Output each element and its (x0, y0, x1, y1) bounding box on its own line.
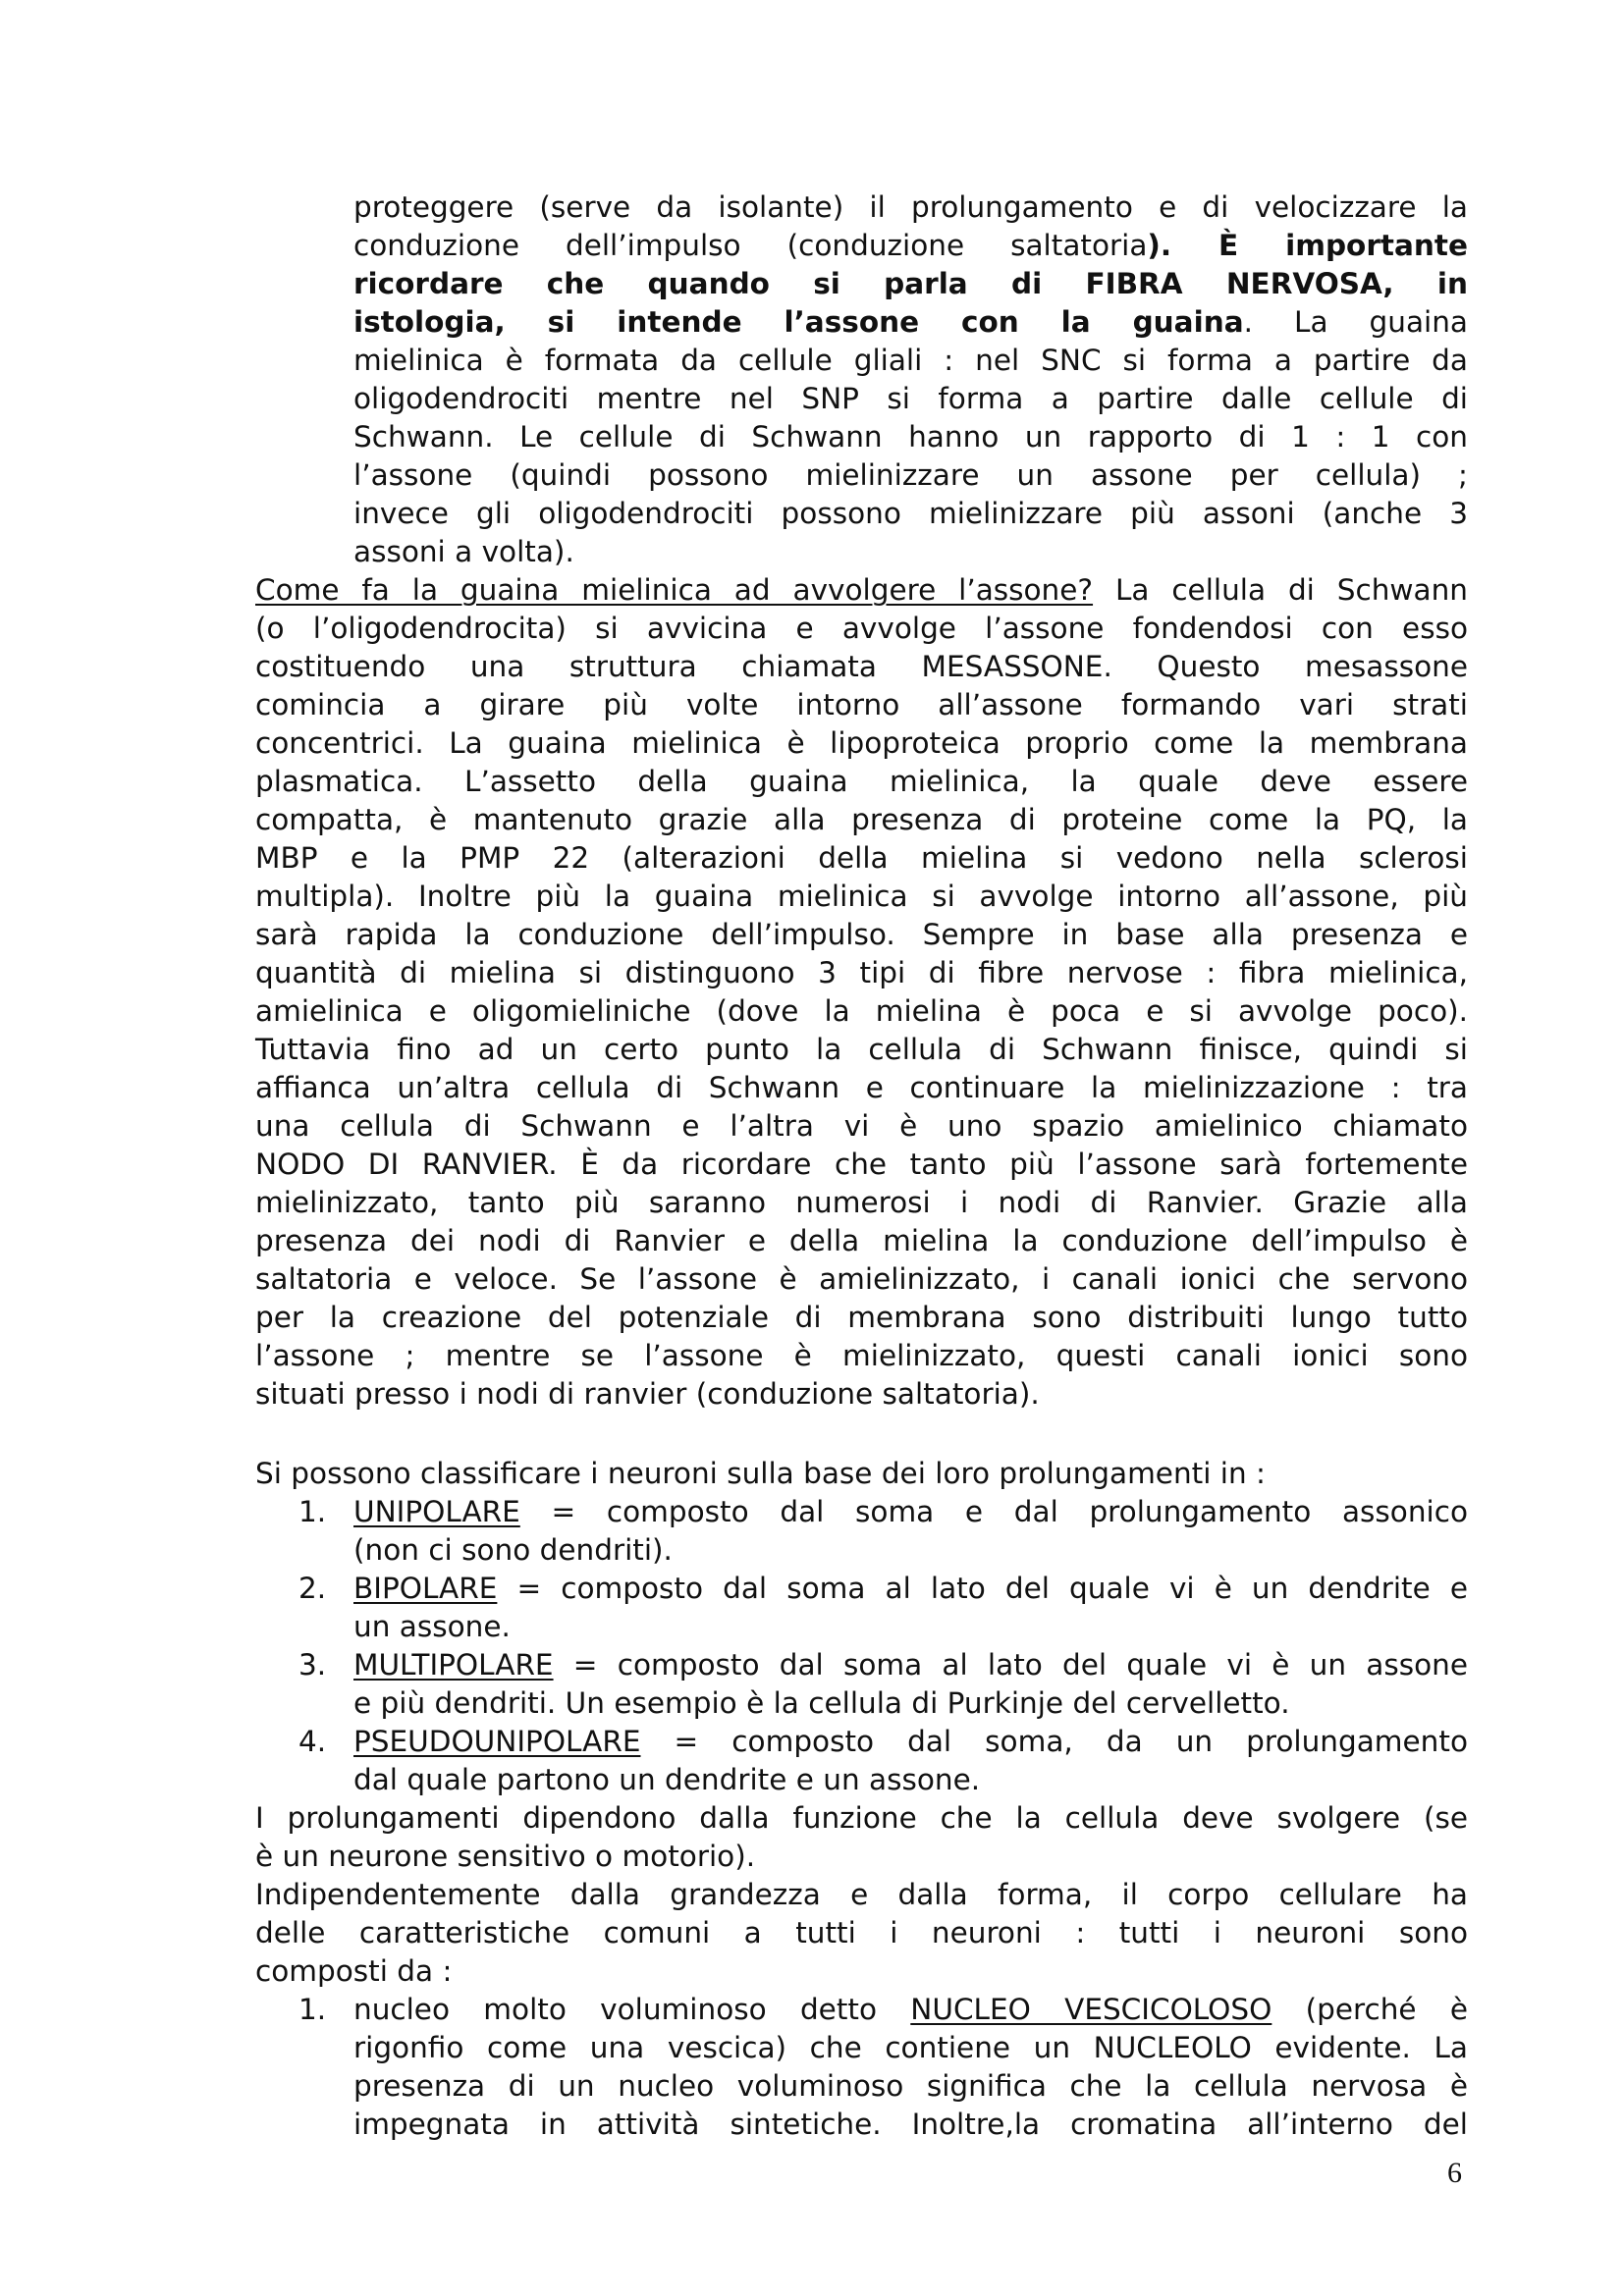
text-line: compatta, è mantenuto grazie alla presen… (255, 801, 1468, 839)
text-segment: I prolungamenti dipendono dalla funzione… (255, 1801, 1468, 1835)
text-segment: per la creazione del potenziale di membr… (255, 1301, 1468, 1334)
text-line: una cellula di Schwann e l’altra vi è un… (255, 1107, 1468, 1146)
text-segment: . La guaina (1244, 305, 1468, 339)
text-line: 3.MULTIPOLARE = composto dal soma al lat… (255, 1646, 1468, 1684)
list-number: 1. (298, 1991, 346, 2029)
text-line: sarà rapida la conduzione dell’impulso. … (255, 916, 1468, 954)
text-line: un assone. (255, 1608, 1468, 1646)
text-segment: quantità di mielina si distinguono 3 tip… (255, 956, 1468, 989)
list-item: 2.BIPOLARE = composto dal soma al lato d… (255, 1570, 1468, 1646)
text-segment: un assone. (353, 1610, 511, 1643)
document-page: proteggere (serve da isolante) il prolun… (0, 0, 1623, 2296)
underlined-term: Come fa la guaina mielinica ad avvolgere… (255, 573, 1093, 607)
text-segment: l’assone (quindi possono mielinizzare un… (353, 458, 1468, 492)
text-line: composti da : (255, 1952, 1468, 1991)
text-line: invece gli oligodendrociti possono mieli… (255, 495, 1468, 533)
function-paragraph: I prolungamenti dipendono dalla funzione… (255, 1799, 1468, 1876)
text-segment: Tuttavia fino ad un certo punto la cellu… (255, 1033, 1468, 1066)
text-line: saltatoria e veloce. Se l’assone è amiel… (255, 1260, 1468, 1299)
text-segment: = composto dal soma al lato del quale vi… (497, 1572, 1468, 1605)
text-line: istologia, si intende l’assone con la gu… (255, 303, 1468, 342)
text-segment: una cellula di Schwann e l’altra vi è un… (255, 1109, 1468, 1143)
text-line: (o l’oligodendrocita) si avvicina e avvo… (255, 610, 1468, 648)
underlined-term: NUCLEO VESCICOLOSO (910, 1993, 1271, 2026)
text-segment: è un neurone sensitivo o motorio). (255, 1840, 755, 1873)
text-line: affianca un’altra cellula di Schwann e c… (255, 1069, 1468, 1107)
text-line: e più dendriti. Un esempio è la cellula … (255, 1684, 1468, 1723)
text-segment: proteggere (serve da isolante) il prolun… (353, 190, 1468, 224)
text-segment: = composto dal soma al lato del quale vi… (554, 1648, 1468, 1682)
text-segment: costituendo una struttura chiamata MESAS… (255, 650, 1468, 683)
text-line: mielinica è formata da cellule gliali : … (255, 342, 1468, 380)
bold-text: ricordare che quando si parla di FIBRA N… (353, 267, 1468, 300)
page-number: 6 (1447, 2156, 1462, 2191)
text-line: è un neurone sensitivo o motorio). (255, 1838, 1468, 1876)
text-line: I prolungamenti dipendono dalla funzione… (255, 1799, 1468, 1838)
text-segment: compatta, è mantenuto grazie alla presen… (255, 803, 1468, 836)
text-line: l’assone ; mentre se l’assone è mieliniz… (255, 1337, 1468, 1375)
text-line: rigonfio come una vescica) che contiene … (255, 2029, 1468, 2067)
text-segment: comincia a girare più volte intorno all’… (255, 688, 1468, 721)
text-segment: l’assone ; mentre se l’assone è mieliniz… (255, 1339, 1468, 1372)
myelin-paragraph: Come fa la guaina mielinica ad avvolgere… (255, 571, 1468, 1414)
bold-text: istologia, si intende l’assone con la gu… (353, 305, 1244, 339)
continued-paragraph: proteggere (serve da isolante) il prolun… (255, 188, 1468, 571)
text-line: per la creazione del potenziale di membr… (255, 1299, 1468, 1337)
text-line: 1.UNIPOLARE = composto dal soma e dal pr… (255, 1493, 1468, 1531)
classification-intro: Si possono classificare i neuroni sulla … (255, 1455, 1468, 1493)
text-segment: (perché è (1271, 1993, 1468, 2026)
text-segment: Indipendentemente dalla grandezza e dall… (255, 1878, 1468, 1911)
text-segment: sarà rapida la conduzione dell’impulso. … (255, 918, 1468, 951)
text-line: multipla). Inoltre più la guaina mielini… (255, 878, 1468, 916)
list-item: 1.nucleo molto voluminoso detto NUCLEO V… (255, 1991, 1468, 2144)
common-features-intro: Indipendentemente dalla grandezza e dall… (255, 1876, 1468, 1991)
text-line: situati presso i nodi di ranvier (conduz… (255, 1375, 1468, 1414)
text-line: delle caratteristiche comuni a tutti i n… (255, 1914, 1468, 1952)
text-segment: presenza dei nodi di Ranvier e della mie… (255, 1224, 1468, 1257)
text-line: concentrici. La guaina mielinica è lipop… (255, 724, 1468, 763)
text-segment: nucleo molto voluminoso detto (353, 1993, 910, 2026)
text-line: costituendo una struttura chiamata MESAS… (255, 648, 1468, 686)
text-segment: (non ci sono dendriti). (353, 1533, 673, 1567)
text-segment: NODO DI RANVIER. È da ricordare che tant… (255, 1148, 1468, 1181)
list-item: 3.MULTIPOLARE = composto dal soma al lat… (255, 1646, 1468, 1723)
text-segment: amielinica e oligomieliniche (dove la mi… (255, 994, 1468, 1028)
text-line: assoni a volta). (255, 533, 1468, 571)
text-segment: oligodendrociti mentre nel SNP si forma … (353, 382, 1468, 415)
text-segment: impegnata in attività sintetiche. Inoltr… (353, 2108, 1468, 2141)
list-item: 4.PSEUDOUNIPOLARE = composto dal soma, d… (255, 1723, 1468, 1799)
text-line: quantità di mielina si distinguono 3 tip… (255, 954, 1468, 992)
text-line: ricordare che quando si parla di FIBRA N… (255, 265, 1468, 303)
list-number: 4. (298, 1723, 346, 1761)
text-line: proteggere (serve da isolante) il prolun… (255, 188, 1468, 227)
list-item: 1.UNIPOLARE = composto dal soma e dal pr… (255, 1493, 1468, 1570)
underlined-term: BIPOLARE (353, 1572, 497, 1605)
text-segment: presenza di un nucleo voluminoso signifi… (353, 2069, 1468, 2103)
text-line: conduzione dell’impulso (conduzione salt… (255, 227, 1468, 265)
text-line: (non ci sono dendriti). (255, 1531, 1468, 1570)
underlined-term: PSEUDOUNIPOLARE (353, 1725, 640, 1758)
text-segment: Schwann. Le cellule di Schwann hanno un … (353, 420, 1468, 454)
text-segment: MBP e la PMP 22 (alterazioni della mieli… (255, 841, 1468, 875)
bold-text: ). È importante (1147, 229, 1468, 262)
text-segment: plasmatica. L’assetto della guaina mieli… (255, 765, 1468, 798)
text-segment: concentrici. La guaina mielinica è lipop… (255, 726, 1468, 760)
text-line: presenza di un nucleo voluminoso signifi… (255, 2067, 1468, 2106)
text-line: Schwann. Le cellule di Schwann hanno un … (255, 418, 1468, 456)
text-line: 2.BIPOLARE = composto dal soma al lato d… (255, 1570, 1468, 1608)
underlined-term: UNIPOLARE (353, 1495, 520, 1528)
text-line: 1.nucleo molto voluminoso detto NUCLEO V… (255, 1991, 1468, 2029)
text-line: dal quale partono un dendrite e un asson… (255, 1761, 1468, 1799)
text-line: MBP e la PMP 22 (alterazioni della mieli… (255, 839, 1468, 878)
text-segment: assoni a volta). (353, 535, 574, 568)
text-segment: e più dendriti. Un esempio è la cellula … (353, 1686, 1290, 1720)
text-segment: invece gli oligodendrociti possono mieli… (353, 497, 1468, 530)
list-number: 3. (298, 1646, 346, 1684)
common-features-list: 1.nucleo molto voluminoso detto NUCLEO V… (255, 1991, 1468, 2144)
neuron-type-list: 1.UNIPOLARE = composto dal soma e dal pr… (255, 1493, 1468, 1799)
text-line: plasmatica. L’assetto della guaina mieli… (255, 763, 1468, 801)
text-segment: = composto dal soma e dal prolungamento … (520, 1495, 1468, 1528)
text-line: presenza dei nodi di Ranvier e della mie… (255, 1222, 1468, 1260)
text-segment: La cellula di Schwann (1093, 573, 1468, 607)
text-segment: mielinica è formata da cellule gliali : … (353, 344, 1468, 377)
text-line: mielinizzato, tanto più saranno numerosi… (255, 1184, 1468, 1222)
text-line: Tuttavia fino ad un certo punto la cellu… (255, 1031, 1468, 1069)
common-features-section: Indipendentemente dalla grandezza e dall… (255, 1876, 1468, 2144)
text-segment: multipla). Inoltre più la guaina mielini… (255, 880, 1468, 913)
text-line: oligodendrociti mentre nel SNP si forma … (255, 380, 1468, 418)
text-line: Indipendentemente dalla grandezza e dall… (255, 1876, 1468, 1914)
text-line: Come fa la guaina mielinica ad avvolgere… (255, 571, 1468, 610)
text-line: l’assone (quindi possono mielinizzare un… (255, 456, 1468, 495)
text-segment: conduzione dell’impulso (conduzione salt… (353, 229, 1147, 262)
text-segment: rigonfio come una vescica) che contiene … (353, 2031, 1468, 2064)
list-number: 1. (298, 1493, 346, 1531)
text-line: comincia a girare più volte intorno all’… (255, 686, 1468, 724)
text-segment: affianca un’altra cellula di Schwann e c… (255, 1071, 1468, 1104)
text-segment: situati presso i nodi di ranvier (conduz… (255, 1377, 1040, 1411)
text-segment: delle caratteristiche comuni a tutti i n… (255, 1916, 1468, 1949)
text-segment: (o l’oligodendrocita) si avvicina e avvo… (255, 612, 1468, 645)
text-line: amielinica e oligomieliniche (dove la mi… (255, 992, 1468, 1031)
text-line: impegnata in attività sintetiche. Inoltr… (255, 2106, 1468, 2144)
text-segment: composti da : (255, 1954, 452, 1988)
classification-section: Si possono classificare i neuroni sulla … (255, 1455, 1468, 1799)
text-segment: mielinizzato, tanto più saranno numerosi… (255, 1186, 1468, 1219)
text-line: 4.PSEUDOUNIPOLARE = composto dal soma, d… (255, 1723, 1468, 1761)
text-line: NODO DI RANVIER. È da ricordare che tant… (255, 1146, 1468, 1184)
text-segment: saltatoria e veloce. Se l’assone è amiel… (255, 1262, 1468, 1296)
list-number: 2. (298, 1570, 346, 1608)
text-segment: dal quale partono un dendrite e un asson… (353, 1763, 980, 1796)
underlined-term: MULTIPOLARE (353, 1648, 554, 1682)
text-segment: = composto dal soma, da un prolungamento (640, 1725, 1468, 1758)
